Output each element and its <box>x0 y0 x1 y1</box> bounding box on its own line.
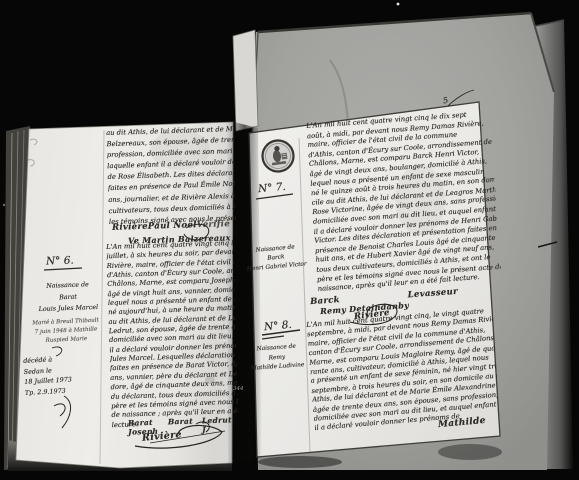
marriage-margin-note: Marié à Breuil Thibault7 juin 1948 à Mat… <box>19 316 112 347</box>
page-shadow <box>438 444 502 460</box>
record-number-6: N° 6. <box>46 255 74 268</box>
dust-speck <box>3 204 5 206</box>
page-shadow <box>258 456 342 468</box>
verification-mark: Vérifié <box>197 219 231 230</box>
record-5-text: au dit Athis, de lui déclarant et de Mar… <box>106 124 236 230</box>
signature: Rivière <box>112 222 148 233</box>
signature: Paul Noël <box>148 220 197 232</box>
record-number-8: N° 8. <box>264 319 293 333</box>
birth-heading-7: Naissance deBarckHenri Gabriel Victor <box>245 242 307 274</box>
death-margin-note: décédé àSedan le18 Juillet 1973Tp. 2.9.1… <box>23 352 97 398</box>
record-number-7: N° 7. <box>258 181 287 195</box>
birth-heading-6: Naissance deBaratLouis Jules Marcel <box>25 279 110 316</box>
register-scan: au dit Athis, de lui déclarant et de Mar… <box>0 0 579 480</box>
pencil-folio-mark: 344 <box>233 386 244 392</box>
record-7-text: L'An mil huit cent quatre vingt cinq le … <box>306 109 502 297</box>
dust-speck <box>397 3 400 6</box>
record-6-text: L'An mil huit cent quatre vingt cinq le … <box>106 239 239 431</box>
page-corner-sliver <box>233 30 258 131</box>
signature: Ledrut J <box>202 415 233 434</box>
birth-heading-8: Naissance deRemyMathilde Ludivine <box>245 342 309 375</box>
